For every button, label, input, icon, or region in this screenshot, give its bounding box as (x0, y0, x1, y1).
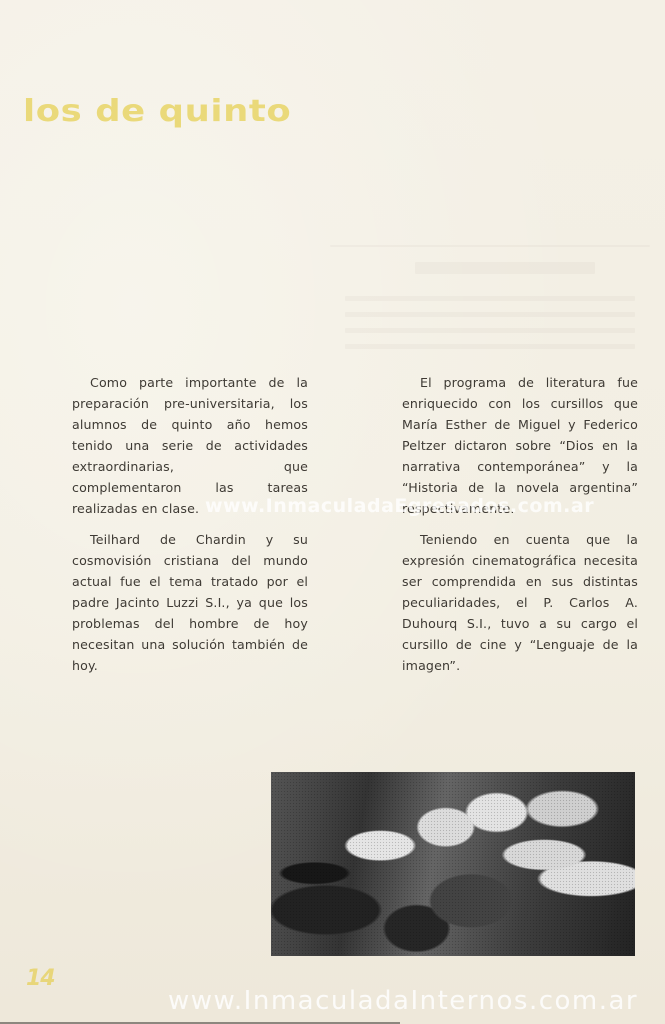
watermark-internos: www.InmaculadaInternos.com.ar (168, 986, 638, 1016)
bleed-through-heading (415, 262, 595, 274)
left-column: Como parte importante de la preparación … (72, 372, 308, 686)
bleed-through-line (345, 312, 635, 317)
paragraph: Teniendo en cuenta que la expresión cine… (402, 529, 638, 676)
classroom-photo (271, 772, 635, 956)
page-title: los de quinto (23, 97, 291, 127)
bleed-through-line (345, 296, 635, 301)
right-column: El programa de literatura fue enriquecid… (402, 372, 638, 686)
bleed-through-line (330, 245, 650, 247)
bleed-through-line (345, 328, 635, 333)
paragraph: Teilhard de Chardin y su cosmovisión cri… (72, 529, 308, 676)
page-number: 14 (26, 966, 55, 991)
watermark-egresados: www.InmaculadaEgresados.com.ar (205, 495, 594, 517)
bleed-through-line (345, 344, 635, 349)
